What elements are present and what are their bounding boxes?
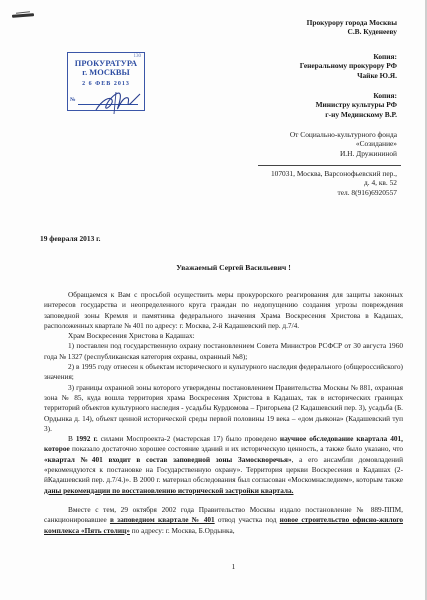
text: по адресу: г. Москва, Б.Ордынка, <box>130 526 235 535</box>
sender-address: 107031, Москва, Варсонофьевский пер., д.… <box>271 169 397 197</box>
signature-icon <box>92 86 142 116</box>
sender-street: 107031, Москва, Варсонофьевский пер., <box>271 169 397 178</box>
sender-phone: тел. 8(916)6920557 <box>338 188 397 197</box>
bold-quote: «квартал №401 входит в состав заповедной… <box>44 455 292 464</box>
stamp-no-label: № <box>70 97 76 103</box>
copy1-title: Генеральному прокурору РФ <box>300 61 397 70</box>
recipient-main-title: Прокурору города Москвы <box>307 18 397 27</box>
sender-person: И.Н. Дружининой <box>340 149 397 158</box>
recipient-main: Прокурору города Москвы С.В. Куденееву <box>307 18 397 37</box>
text: отвод участка под <box>215 515 280 524</box>
sender-apartment: д. 4, кв. 52 <box>364 178 397 187</box>
recipient-main-name: С.В. Куденееву <box>348 27 398 36</box>
paragraph-6: В 1992 г. силами Моспроекта-2 (мастерска… <box>44 434 403 496</box>
paragraph-gap <box>44 496 403 505</box>
sender-org: От Социально-культурного фонда <box>290 130 397 139</box>
pen-mark <box>12 13 34 18</box>
recipient-copy-1: Копия: Генеральному прокурору РФ Чайке Ю… <box>300 52 397 80</box>
stamp-city: г. МОСКВЫ <box>68 68 144 77</box>
text: показало достаточно хорошее состояние зд… <box>70 444 403 453</box>
underlined-quarter: в заповедном квартале № 401 <box>110 515 215 524</box>
copy2-title: Министру культуры РФ <box>316 100 397 109</box>
underlined-recommendation: даны рекомендации по восстановлению исто… <box>44 486 294 495</box>
paragraph-4: 2) в 1995 году отнесен к объектам истори… <box>44 362 403 383</box>
page-number: 1 <box>0 562 427 571</box>
copy-label: Копия: <box>373 52 397 61</box>
stamp-title: ПРОКУРАТУРА <box>68 59 144 68</box>
document-page: Прокурору города Москвы С.В. Куденееву К… <box>0 0 427 600</box>
paragraph-7: Вместе с тем, 29 октября 2002 года Прави… <box>44 505 403 536</box>
copy2-name: г-ну Мединскому В.Р. <box>325 110 397 119</box>
paragraph-5: 3) границы охранной зоны которого утверж… <box>44 383 403 434</box>
text: силами Моспроекта-2 (мастерская 17) было… <box>98 434 280 443</box>
letter-body: Обращаемся к Вам с просьбой осуществить … <box>44 290 403 536</box>
copy-label: Копия: <box>373 91 397 100</box>
recipient-copy-2: Копия: Министру культуры РФ г-ну Мединск… <box>316 91 397 119</box>
letter-date: 19 февраля 2013 г. <box>40 234 101 243</box>
text: В <box>68 434 76 443</box>
bold-year: 1992 г. <box>76 434 98 443</box>
salutation: Уважаемый Сергей Васильевич ! <box>0 263 427 272</box>
sender-block: От Социально-культурного фонда «Созидани… <box>290 130 397 158</box>
copy1-name: Чайке Ю.Я. <box>357 71 397 80</box>
sender-divider <box>258 165 401 166</box>
paragraph-3: 1) поставлен под государственную охрану … <box>44 341 403 362</box>
sender-org-name: «Созидание» <box>356 139 397 148</box>
paragraph-1: Обращаемся к Вам с просьбой осуществить … <box>44 290 403 331</box>
paragraph-2: Храм Воскресения Христова в Кадашах: <box>44 331 403 341</box>
